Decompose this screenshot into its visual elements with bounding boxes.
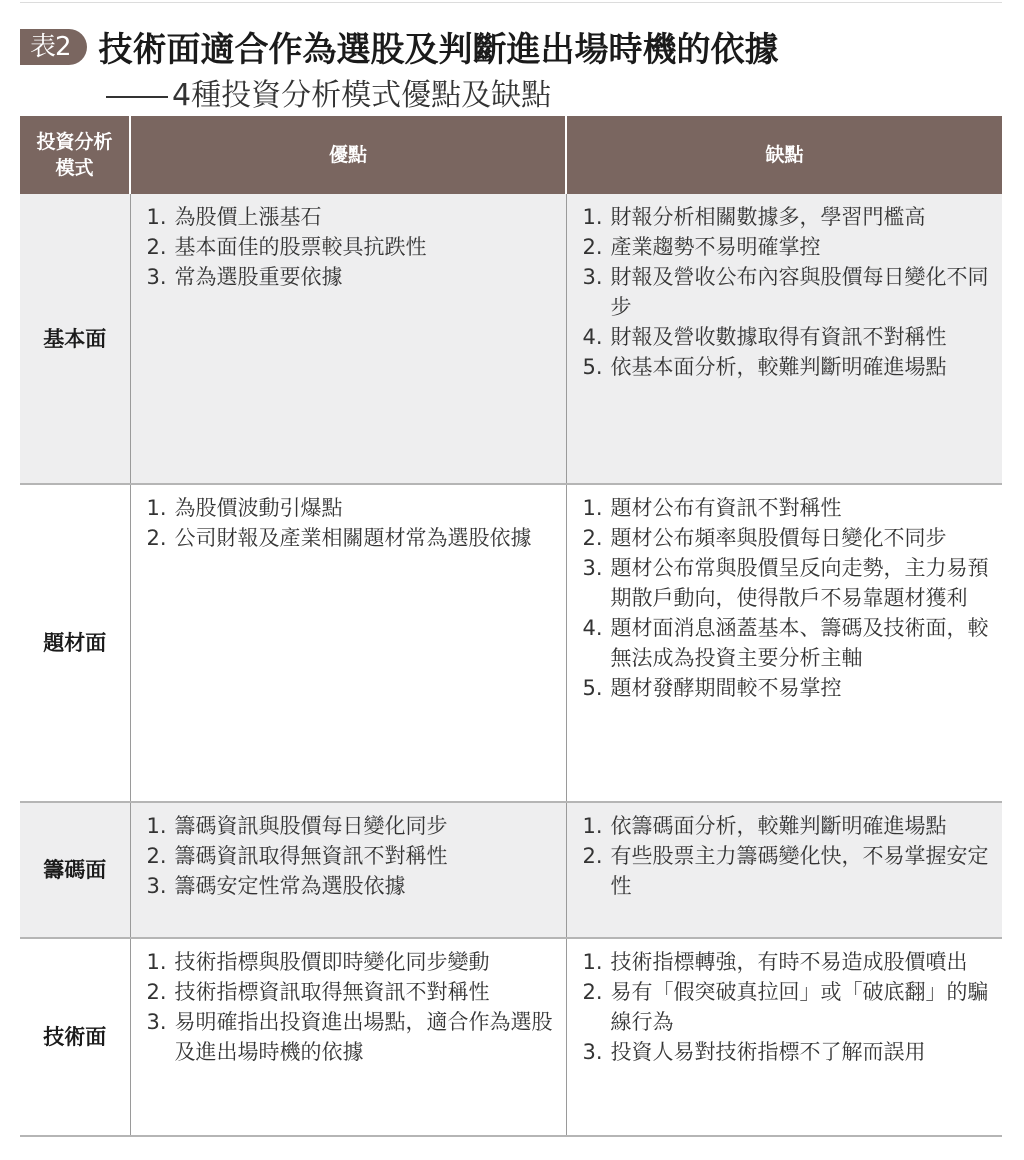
item-number: 2.	[147, 523, 167, 553]
item-number: 3.	[583, 553, 603, 583]
item-number: 3.	[583, 1037, 603, 1067]
item-text: 財報及營收數據取得有資訊不對稱性	[611, 325, 947, 349]
pros-cell: 1.為股價波動引爆點2.公司財報及產業相關題材常為選股依據	[130, 484, 566, 802]
item-text: 財報分析相關數據多，學習門檻高	[611, 205, 926, 229]
mode-cell: 基本面	[20, 194, 130, 484]
comparison-table: 投資分析模式 優點 缺點 基本面1.為股價上漲基石2.基本面佳的股票較具抗跌性3…	[20, 116, 1002, 1137]
item-number: 1.	[147, 947, 167, 977]
item-number: 2.	[583, 841, 603, 871]
list-item: 3.題材公布常與股價呈反向走勢，主力易預期散戶動向，使得散戶不易靠題材獲利	[583, 553, 993, 613]
item-text: 技術指標資訊取得無資訊不對稱性	[175, 980, 490, 1004]
item-text: 產業趨勢不易明確掌控	[611, 235, 821, 259]
item-text: 籌碼安定性常為選股依據	[175, 874, 406, 898]
list-item: 2.基本面佳的股票較具抗跌性	[147, 232, 556, 262]
item-text: 為股價波動引爆點	[175, 496, 343, 520]
item-text: 易明確指出投資進出場點，適合作為選股及進出場時機的依據	[175, 1010, 553, 1064]
list-item: 1.技術指標與股價即時變化同步變動	[147, 947, 556, 977]
item-number: 1.	[583, 811, 603, 841]
item-text: 籌碼資訊與股價每日變化同步	[175, 814, 448, 838]
cons-cell: 1.技術指標轉強，有時不易造成股價噴出2.易有「假突破真拉回」或「破底翻」的騙線…	[566, 938, 1002, 1136]
item-text: 技術指標與股價即時變化同步變動	[175, 950, 490, 974]
item-number: 2.	[147, 232, 167, 262]
item-number: 2.	[147, 977, 167, 1007]
cons-list: 1.題材公布有資訊不對稱性2.題材公布頻率與股價每日變化不同步3.題材公布常與股…	[583, 493, 993, 703]
pros-cell: 1.籌碼資訊與股價每日變化同步2.籌碼資訊取得無資訊不對稱性3.籌碼安定性常為選…	[130, 802, 566, 938]
list-item: 2.產業趨勢不易明確掌控	[583, 232, 993, 262]
item-text: 題材公布常與股價呈反向走勢，主力易預期散戶動向，使得散戶不易靠題材獲利	[611, 556, 989, 610]
item-text: 技術指標轉強，有時不易造成股價噴出	[611, 950, 968, 974]
subtitle: 4種投資分析模式優點及缺點	[106, 70, 551, 114]
table-row: 技術面1.技術指標與股價即時變化同步變動2.技術指標資訊取得無資訊不對稱性3.易…	[20, 938, 1002, 1136]
item-number: 5.	[583, 673, 603, 703]
list-item: 3.籌碼安定性常為選股依據	[147, 871, 556, 901]
item-text: 財報及營收公布內容與股價每日變化不同步	[611, 265, 989, 319]
table-row: 基本面1.為股價上漲基石2.基本面佳的股票較具抗跌性3.常為選股重要依據1.財報…	[20, 194, 1002, 484]
item-number: 1.	[147, 811, 167, 841]
item-text: 易有「假突破真拉回」或「破底翻」的騙線行為	[611, 980, 989, 1034]
table-row: 籌碼面1.籌碼資訊與股價每日變化同步2.籌碼資訊取得無資訊不對稱性3.籌碼安定性…	[20, 802, 1002, 938]
item-text: 題材面消息涵蓋基本、籌碼及技術面，較無法成為投資主要分析主軸	[611, 616, 989, 670]
item-number: 5.	[583, 352, 603, 382]
item-text: 為股價上漲基石	[175, 205, 322, 229]
item-text: 基本面佳的股票較具抗跌性	[175, 235, 427, 259]
item-number: 1.	[583, 947, 603, 977]
title-row: 表2 技術面適合作為選股及判斷進出場時機的依據	[20, 22, 779, 71]
item-text: 依基本面分析，較難判斷明確進場點	[611, 355, 947, 379]
pros-cell: 1.技術指標與股價即時變化同步變動2.技術指標資訊取得無資訊不對稱性3.易明確指…	[130, 938, 566, 1136]
mode-cell: 技術面	[20, 938, 130, 1136]
cons-cell: 1.依籌碼面分析，較難判斷明確進場點2.有些股票主力籌碼變化快，不易掌握安定性	[566, 802, 1002, 938]
list-item: 1.技術指標轉強，有時不易造成股價噴出	[583, 947, 993, 977]
item-text: 籌碼資訊取得無資訊不對稱性	[175, 844, 448, 868]
list-item: 3.常為選股重要依據	[147, 262, 556, 292]
page-title: 技術面適合作為選股及判斷進出場時機的依據	[99, 22, 779, 71]
list-item: 2.籌碼資訊取得無資訊不對稱性	[147, 841, 556, 871]
pros-list: 1.為股價波動引爆點2.公司財報及產業相關題材常為選股依據	[147, 493, 556, 553]
item-number: 4.	[583, 613, 603, 643]
item-text: 常為選股重要依據	[175, 265, 343, 289]
cons-list: 1.財報分析相關數據多，學習門檻高2.產業趨勢不易明確掌控3.財報及營收公布內容…	[583, 202, 993, 382]
item-text: 題材發酵期間較不易掌控	[611, 676, 842, 700]
list-item: 3.易明確指出投資進出場點，適合作為選股及進出場時機的依據	[147, 1007, 556, 1067]
list-item: 1.為股價波動引爆點	[147, 493, 556, 523]
list-item: 4.題材面消息涵蓋基本、籌碼及技術面，較無法成為投資主要分析主軸	[583, 613, 993, 673]
item-number: 2.	[583, 977, 603, 1007]
list-item: 3.投資人易對技術指標不了解而誤用	[583, 1037, 993, 1067]
item-number: 3.	[147, 1007, 167, 1037]
subtitle-text: 4種投資分析模式優點及缺點	[172, 78, 551, 113]
item-text: 題材公布有資訊不對稱性	[611, 496, 842, 520]
item-number: 2.	[583, 523, 603, 553]
pros-list: 1.籌碼資訊與股價每日變化同步2.籌碼資訊取得無資訊不對稱性3.籌碼安定性常為選…	[147, 811, 556, 901]
list-item: 1.題材公布有資訊不對稱性	[583, 493, 993, 523]
cons-cell: 1.財報分析相關數據多，學習門檻高2.產業趨勢不易明確掌控3.財報及營收公布內容…	[566, 194, 1002, 484]
item-text: 公司財報及產業相關題材常為選股依據	[175, 526, 532, 550]
header-cons: 缺點	[566, 116, 1002, 194]
list-item: 1.財報分析相關數據多，學習門檻高	[583, 202, 993, 232]
list-item: 4.財報及營收數據取得有資訊不對稱性	[583, 322, 993, 352]
list-item: 2.公司財報及產業相關題材常為選股依據	[147, 523, 556, 553]
list-item: 5.題材發酵期間較不易掌控	[583, 673, 993, 703]
header-pros: 優點	[130, 116, 566, 194]
list-item: 2.有些股票主力籌碼變化快，不易掌握安定性	[583, 841, 993, 901]
list-item: 1.為股價上漲基石	[147, 202, 556, 232]
table-number-badge: 表2	[20, 29, 87, 65]
item-number: 3.	[147, 262, 167, 292]
pros-list: 1.為股價上漲基石2.基本面佳的股票較具抗跌性3.常為選股重要依據	[147, 202, 556, 292]
item-number: 1.	[583, 493, 603, 523]
mode-cell: 題材面	[20, 484, 130, 802]
table-row: 題材面1.為股價波動引爆點2.公司財報及產業相關題材常為選股依據1.題材公布有資…	[20, 484, 1002, 802]
item-number: 2.	[147, 841, 167, 871]
cons-list: 1.依籌碼面分析，較難判斷明確進場點2.有些股票主力籌碼變化快，不易掌握安定性	[583, 811, 993, 901]
list-item: 1.依籌碼面分析，較難判斷明確進場點	[583, 811, 993, 841]
item-text: 有些股票主力籌碼變化快，不易掌握安定性	[611, 844, 989, 898]
item-text: 題材公布頻率與股價每日變化不同步	[611, 526, 947, 550]
item-text: 投資人易對技術指標不了解而誤用	[611, 1040, 926, 1064]
item-number: 1.	[583, 202, 603, 232]
list-item: 2.技術指標資訊取得無資訊不對稱性	[147, 977, 556, 1007]
list-item: 2.題材公布頻率與股價每日變化不同步	[583, 523, 993, 553]
item-number: 1.	[147, 493, 167, 523]
item-number: 1.	[147, 202, 167, 232]
cons-cell: 1.題材公布有資訊不對稱性2.題材公布頻率與股價每日變化不同步3.題材公布常與股…	[566, 484, 1002, 802]
list-item: 3.財報及營收公布內容與股價每日變化不同步	[583, 262, 993, 322]
pros-cell: 1.為股價上漲基石2.基本面佳的股票較具抗跌性3.常為選股重要依據	[130, 194, 566, 484]
header-mode: 投資分析模式	[20, 116, 130, 194]
item-text: 依籌碼面分析，較難判斷明確進場點	[611, 814, 947, 838]
table-header-row: 投資分析模式 優點 缺點	[20, 116, 1002, 194]
list-item: 5.依基本面分析，較難判斷明確進場點	[583, 352, 993, 382]
list-item: 2.易有「假突破真拉回」或「破底翻」的騙線行為	[583, 977, 993, 1037]
item-number: 3.	[583, 262, 603, 292]
mode-cell: 籌碼面	[20, 802, 130, 938]
list-item: 1.籌碼資訊與股價每日變化同步	[147, 811, 556, 841]
item-number: 4.	[583, 322, 603, 352]
item-number: 2.	[583, 232, 603, 262]
top-divider	[20, 2, 1002, 3]
pros-list: 1.技術指標與股價即時變化同步變動2.技術指標資訊取得無資訊不對稱性3.易明確指…	[147, 947, 556, 1067]
cons-list: 1.技術指標轉強，有時不易造成股價噴出2.易有「假突破真拉回」或「破底翻」的騙線…	[583, 947, 993, 1067]
em-dash	[106, 96, 168, 98]
item-number: 3.	[147, 871, 167, 901]
